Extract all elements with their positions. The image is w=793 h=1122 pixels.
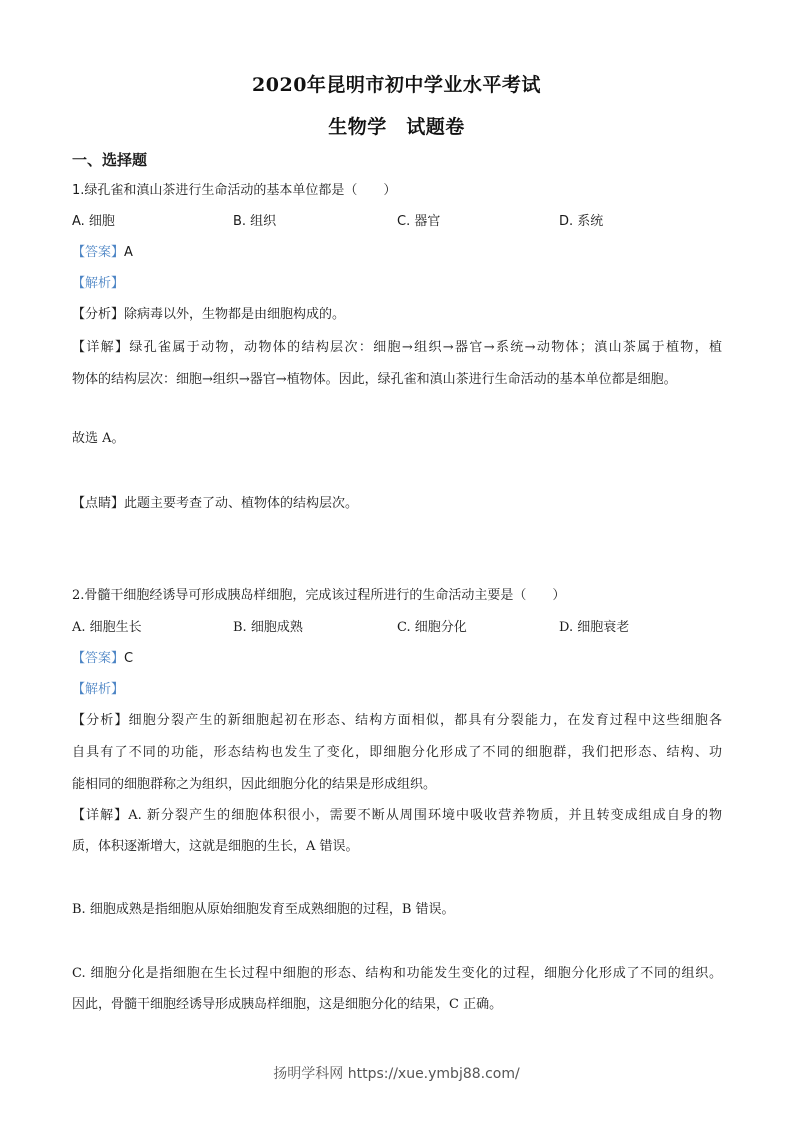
question-2-answer: 【答案】C [72,651,133,667]
question-1-dianjing: 【点睛】此题主要考查了动、植物体的结构层次。 [72,496,358,512]
fenxi-tag: 【分析】 [72,307,124,322]
xiangjie-text: 绿孔雀属于动物，动物体的结构层次：细胞→组织→器官→系统→动物体；滇山茶属于植物… [129,340,722,355]
question-1-choice: 故选 A。 [72,431,125,447]
question-1-answer: 【答案】A [72,245,133,261]
question-2-analysis-tag: 【解析】 [72,682,124,698]
section-heading: 一、选择题 [72,149,147,170]
question-2-fenxi-line-2: 自具有了不同的功能，形态结构也发生了变化，即细胞分化形成了不同的细胞群，我们把形… [72,745,722,761]
question-1-option-c: C. 器官 [397,214,440,230]
exam-title: 2020年昆明市初中学业水平考试 [0,70,793,97]
fenxi-text: 细胞分裂产生的新细胞起初在形态、结构方面相似，都具有分裂能力，在发育过程中这些细… [129,713,722,728]
question-1-fenxi: 【分析】除病毒以外，生物都是由细胞构成的。 [72,307,345,323]
question-1-option-d: D. 系统 [559,214,603,230]
question-2-fenxi-line-1: 【分析】细胞分裂产生的新细胞起初在形态、结构方面相似，都具有分裂能力，在发育过程… [72,713,722,729]
dianjing-tag: 【点睛】 [72,496,124,511]
answer-value: A [124,245,133,260]
dianjing-text: 此题主要考查了动、植物体的结构层次。 [124,496,358,511]
question-2-explain-c-line-1: C. 细胞分化是指细胞在生长过程中细胞的形态、结构和功能发生变化的过程，细胞分化… [72,966,722,982]
question-2-option-b: B. 细胞成熟 [233,620,303,636]
fenxi-tag: 【分析】 [72,713,129,728]
question-2-option-a: A. 细胞生长 [72,620,142,636]
question-2-stem: 2.骨髓干细胞经诱导可形成胰岛样细胞，完成该过程所进行的生命活动主要是（ ） [72,588,565,604]
question-2-explain-b: B. 细胞成熟是指细胞从原始细胞发育至成熟细胞的过程，B 错误。 [72,902,455,918]
question-2-explain-c-line-2: 因此，骨髓干细胞经诱导形成胰岛样细胞，这是细胞分化的结果，C 正确。 [72,997,502,1013]
question-1-option-a: A. 细胞 [72,214,115,230]
question-2-option-c: C. 细胞分化 [397,620,467,636]
fenxi-text: 除病毒以外，生物都是由细胞构成的。 [124,307,345,322]
question-2-xiangjie-line-1: 【详解】A. 新分裂产生的细胞体积很小，需要不断从周围环境中吸收营养物质，并且转… [72,808,722,824]
question-1-xiangjie-line-2: 物体的结构层次：细胞→组织→器官→植物体。因此，绿孔雀和滇山茶进行生命活动的基本… [72,372,677,388]
question-1-analysis-tag: 【解析】 [72,276,124,292]
question-2-option-d: D. 细胞衰老 [559,620,629,636]
xiangjie-text: A. 新分裂产生的细胞体积很小，需要不断从周围环境中吸收营养物质，并且转变成组成… [128,808,722,823]
question-2-fenxi-line-3: 能相同的细胞群称之为组织，因此细胞分化的结果是形成组织。 [72,777,436,793]
answer-tag: 【答案】 [72,245,124,260]
xiangjie-tag: 【详解】 [72,808,128,823]
question-1-option-b: B. 组织 [233,214,276,230]
question-1-xiangjie-line-1: 【详解】绿孔雀属于动物，动物体的结构层次：细胞→组织→器官→系统→动物体；滇山茶… [72,340,722,356]
xiangjie-tag: 【详解】 [72,340,129,355]
question-2-xiangjie-line-2: 质，体积逐渐增大，这就是细胞的生长，A 错误。 [72,839,359,855]
answer-value: C [124,651,133,666]
question-1-stem: 1.绿孔雀和滇山茶进行生命活动的基本单位都是（ ） [72,183,396,199]
footer-watermark: 扬明学科网 https://xue.ymbj88.com/ [0,1063,793,1083]
document-page: 2020年昆明市初中学业水平考试 生物学 试题卷 一、选择题 1.绿孔雀和滇山茶… [0,0,793,1122]
answer-tag: 【答案】 [72,651,124,666]
exam-subtitle: 生物学 试题卷 [0,112,793,139]
